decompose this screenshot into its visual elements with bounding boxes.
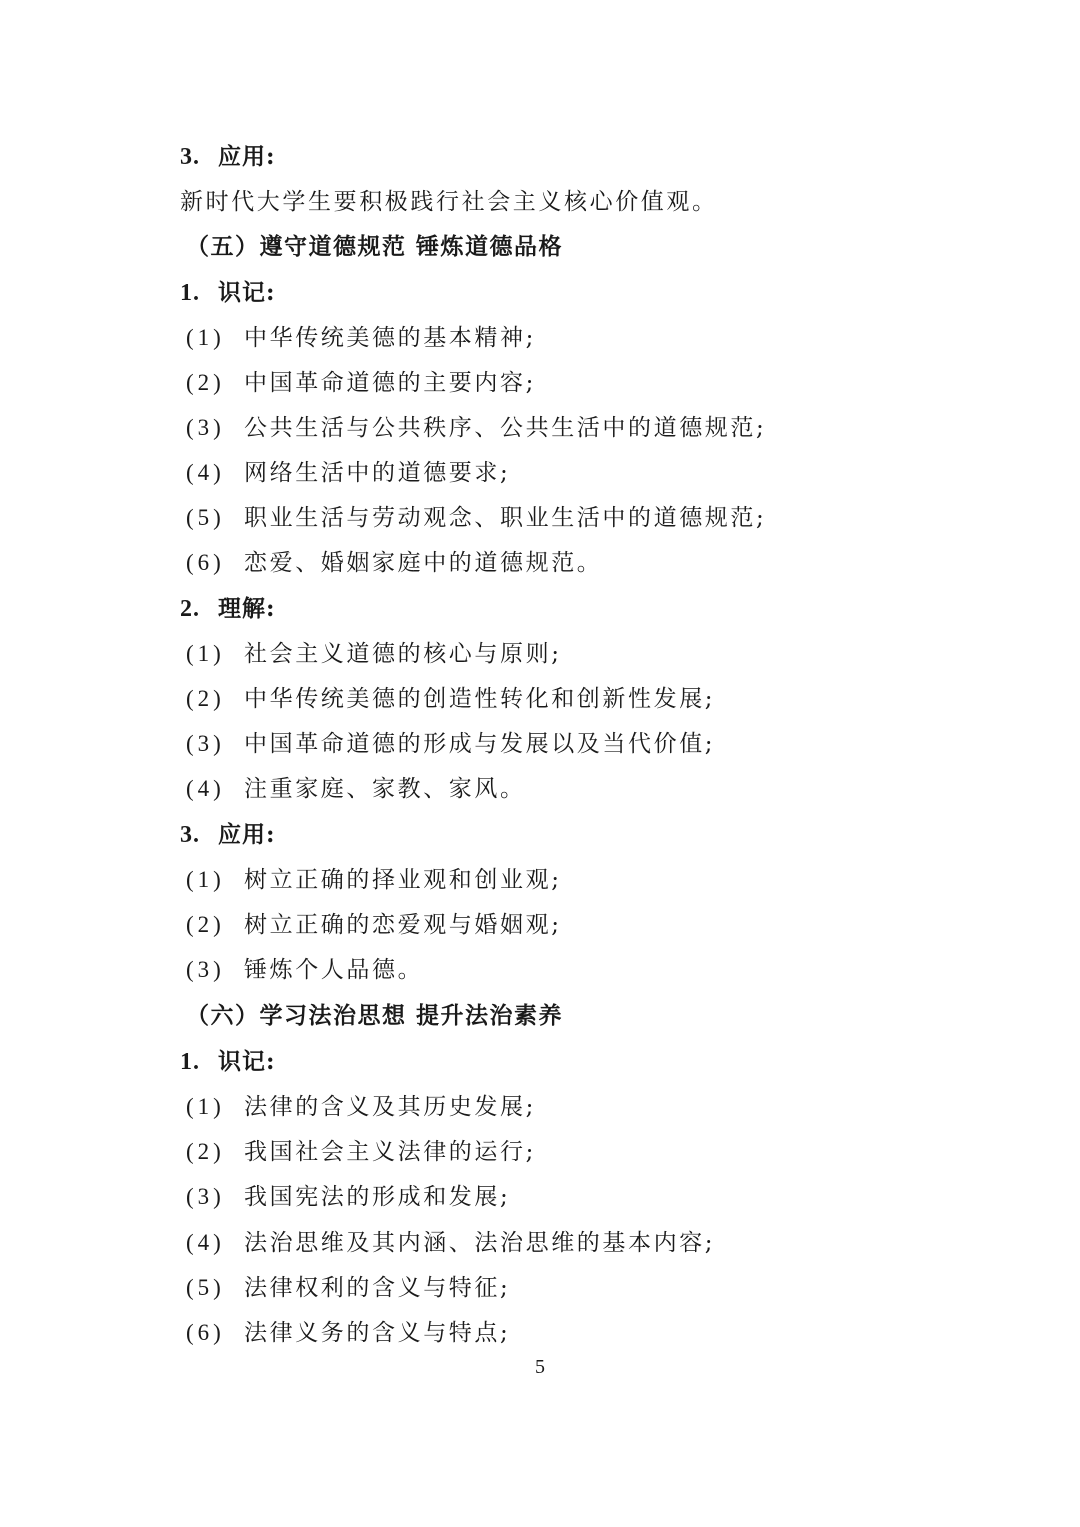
list-marker: (1) <box>186 1092 244 1122</box>
list-item-text: 树立正确的恋爱观与婚姻观; <box>244 912 562 938</box>
list-marker: (2) <box>186 368 244 398</box>
list-item-text: 中国革命道德的主要内容; <box>244 370 536 396</box>
list-marker: (6) <box>186 548 244 578</box>
subheading-text: 识记: <box>218 279 276 306</box>
list-item-text: 中华传统美德的创造性转化和创新性发展; <box>244 686 715 712</box>
list-item: (1)树立正确的择业观和创业观; <box>186 865 562 895</box>
list-marker: (5) <box>186 503 244 533</box>
section-heading-6: （六）学习法治思想 提升法治素养 <box>186 1001 563 1031</box>
subheading-memorize: 1.识记: <box>180 278 276 308</box>
subheading-text: 应用: <box>218 821 276 848</box>
list-item: (3)锤炼个人品德。 <box>186 955 423 985</box>
paragraph: 新时代大学生要积极践行社会主义核心价值观。 <box>180 187 718 217</box>
subheading-application: 3.应用: <box>180 142 276 172</box>
list-item: (2)中国革命道德的主要内容; <box>186 368 536 398</box>
list-item: (4)注重家庭、家教、家风。 <box>186 774 526 804</box>
list-item: (5)法律权利的含义与特征; <box>186 1273 510 1303</box>
page-number: 5 <box>0 1356 1080 1379</box>
list-item: (4)法治思维及其内涵、法治思维的基本内容; <box>186 1228 715 1258</box>
list-item: (3)我国宪法的形成和发展; <box>186 1182 510 1212</box>
list-marker: (3) <box>186 1182 244 1212</box>
list-item-text: 法律义务的含义与特点; <box>244 1320 510 1346</box>
list-item-text: 锤炼个人品德。 <box>244 957 423 983</box>
list-item-text: 我国宪法的形成和发展; <box>244 1184 510 1210</box>
list-item-text: 法律权利的含义与特征; <box>244 1275 510 1301</box>
list-item: (6)法律义务的含义与特点; <box>186 1318 510 1348</box>
subheading-number: 3. <box>180 820 218 850</box>
list-marker: (2) <box>186 684 244 714</box>
list-item: (3)中国革命道德的形成与发展以及当代价值; <box>186 729 715 759</box>
subheading-text: 应用: <box>218 143 276 170</box>
list-marker: (4) <box>186 1228 244 1258</box>
list-item-text: 职业生活与劳动观念、职业生活中的道德规范; <box>244 505 766 531</box>
list-item: (5)职业生活与劳动观念、职业生活中的道德规范; <box>186 503 766 533</box>
list-item-text: 法律的含义及其历史发展; <box>244 1094 536 1120</box>
list-item: (2)我国社会主义法律的运行; <box>186 1137 536 1167</box>
list-marker: (3) <box>186 413 244 443</box>
list-item-text: 中国革命道德的形成与发展以及当代价值; <box>244 731 715 757</box>
subheading-number: 3. <box>180 142 218 172</box>
subheading-number: 1. <box>180 278 218 308</box>
subheading-memorize: 1.识记: <box>180 1047 276 1077</box>
list-item: (3)公共生活与公共秩序、公共生活中的道德规范; <box>186 413 766 443</box>
list-marker: (1) <box>186 323 244 353</box>
list-item-text: 我国社会主义法律的运行; <box>244 1139 536 1165</box>
list-marker: (6) <box>186 1318 244 1348</box>
section-heading-5: （五）遵守道德规范 锤炼道德品格 <box>186 232 563 262</box>
list-marker: (3) <box>186 729 244 759</box>
subheading-text: 识记: <box>218 1048 276 1075</box>
list-marker: (4) <box>186 774 244 804</box>
list-marker: (2) <box>186 1137 244 1167</box>
list-item: (1)社会主义道德的核心与原则; <box>186 639 562 669</box>
list-item-text: 社会主义道德的核心与原则; <box>244 641 562 667</box>
list-item-text: 法治思维及其内涵、法治思维的基本内容; <box>244 1230 715 1256</box>
list-marker: (4) <box>186 458 244 488</box>
subheading-number: 1. <box>180 1047 218 1077</box>
list-marker: (2) <box>186 910 244 940</box>
subheading-text: 理解: <box>218 595 276 622</box>
list-item: (2)树立正确的恋爱观与婚姻观; <box>186 910 562 940</box>
list-item: (1)中华传统美德的基本精神; <box>186 323 536 353</box>
subheading-understand: 2.理解: <box>180 594 276 624</box>
list-marker: (3) <box>186 955 244 985</box>
list-item-text: 恋爱、婚姻家庭中的道德规范。 <box>244 550 602 576</box>
list-item-text: 公共生活与公共秩序、公共生活中的道德规范; <box>244 415 766 441</box>
list-item: (2)中华传统美德的创造性转化和创新性发展; <box>186 684 715 714</box>
subheading-application: 3.应用: <box>180 820 276 850</box>
list-item: (1)法律的含义及其历史发展; <box>186 1092 536 1122</box>
document-page: 3.应用: 新时代大学生要积极践行社会主义核心价值观。 （五）遵守道德规范 锤炼… <box>0 0 1080 1527</box>
list-item-text: 树立正确的择业观和创业观; <box>244 867 562 893</box>
list-marker: (1) <box>186 865 244 895</box>
list-marker: (1) <box>186 639 244 669</box>
list-item: (4)网络生活中的道德要求; <box>186 458 510 488</box>
list-item-text: 中华传统美德的基本精神; <box>244 325 536 351</box>
list-marker: (5) <box>186 1273 244 1303</box>
subheading-number: 2. <box>180 594 218 624</box>
list-item-text: 网络生活中的道德要求; <box>244 460 510 486</box>
list-item-text: 注重家庭、家教、家风。 <box>244 776 526 802</box>
list-item: (6)恋爱、婚姻家庭中的道德规范。 <box>186 548 602 578</box>
